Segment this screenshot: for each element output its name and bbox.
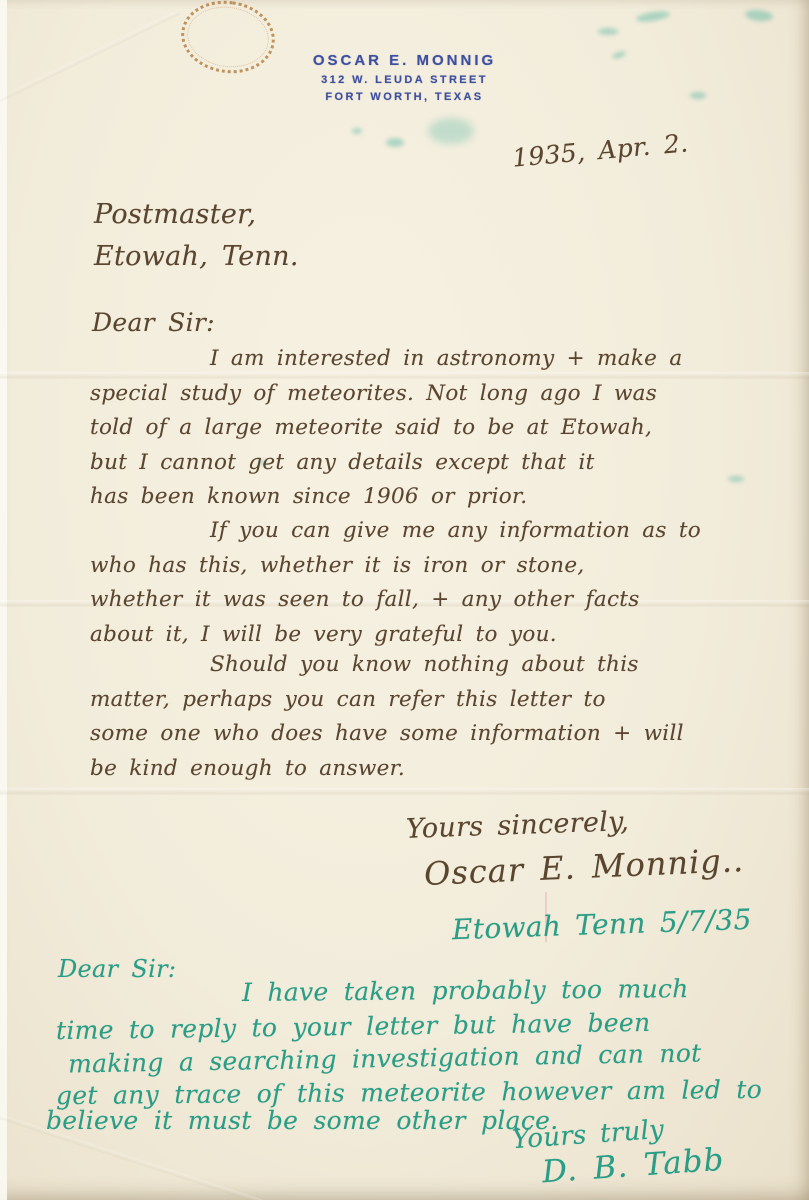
letterhead-address-line1: 312 W. LEUDA STREET xyxy=(0,74,809,86)
body-paragraph-2: If you can give me any information as to… xyxy=(90,514,710,652)
handwritten-line: matter, perhaps you can refer this lette… xyxy=(90,683,710,718)
reply-salutation: Dear Sir: xyxy=(58,955,176,983)
handwritten-line: told of a large meteorite said to be at … xyxy=(90,411,710,446)
scanned-letter-page: OSCAR E. MONNIG 312 W. LEUDA STREET FORT… xyxy=(0,0,809,1200)
ink-smudge xyxy=(428,118,474,144)
reply-line: making a searching investigation and can… xyxy=(68,1038,702,1078)
ink-smudge xyxy=(636,9,671,23)
recipient-line: Etowah, Tenn. xyxy=(94,236,299,278)
ink-smudge xyxy=(598,28,618,35)
handwritten-line: who has this, whether it is iron or ston… xyxy=(90,549,710,584)
ink-smudge xyxy=(728,476,744,482)
handwritten-line: some one who does have some information … xyxy=(90,717,710,752)
salutation: Dear Sir: xyxy=(92,308,215,337)
reply-line: believe it must be some other place. xyxy=(46,1106,558,1135)
reply-line: time to reply to your letter but have be… xyxy=(56,1008,651,1045)
reply-dateline: Etowah Tenn 5/7/35 xyxy=(452,903,753,946)
reply-line: I have taken probably too much xyxy=(242,974,689,1007)
letterhead: OSCAR E. MONNIG 312 W. LEUDA STREET FORT… xyxy=(0,52,809,103)
handwritten-line: Should you know nothing about this xyxy=(90,648,710,683)
handwritten-line: special study of meteorites. Not long ag… xyxy=(90,377,710,412)
ink-smudge xyxy=(386,138,404,147)
reply-line: get any trace of this meteorite however … xyxy=(56,1075,762,1110)
body-paragraph-1: I am interested in astronomy + make a sp… xyxy=(90,342,710,515)
handwritten-line: but I cannot get any details except that… xyxy=(90,446,710,481)
handwritten-line: be kind enough to answer. xyxy=(90,752,710,787)
handwritten-line: about it, I will be very grateful to you… xyxy=(90,618,710,653)
handwritten-line: I am interested in astronomy + make a xyxy=(90,342,710,377)
body-paragraph-3: Should you know nothing about this matte… xyxy=(90,648,710,786)
fold-crease xyxy=(0,788,809,795)
closing: Yours sincerely, xyxy=(406,806,630,845)
handwritten-line: has been known since 1906 or prior. xyxy=(90,480,710,515)
handwritten-line: whether it was seen to fall, + any other… xyxy=(90,583,710,618)
signature-oscar-monnig: Oscar E. Monnig.. xyxy=(423,841,744,893)
recipient-block: Postmaster, Etowah, Tenn. xyxy=(94,194,299,278)
letterhead-name: OSCAR E. MONNIG xyxy=(0,52,809,69)
recipient-line: Postmaster, xyxy=(94,194,299,236)
letterhead-address-line2: FORT WORTH, TEXAS xyxy=(0,91,809,103)
ink-smudge xyxy=(745,9,774,23)
handwritten-date: 1935, Apr. 2. xyxy=(511,128,689,172)
ink-smudge xyxy=(352,128,362,134)
handwritten-line: If you can give me any information as to xyxy=(90,514,710,549)
